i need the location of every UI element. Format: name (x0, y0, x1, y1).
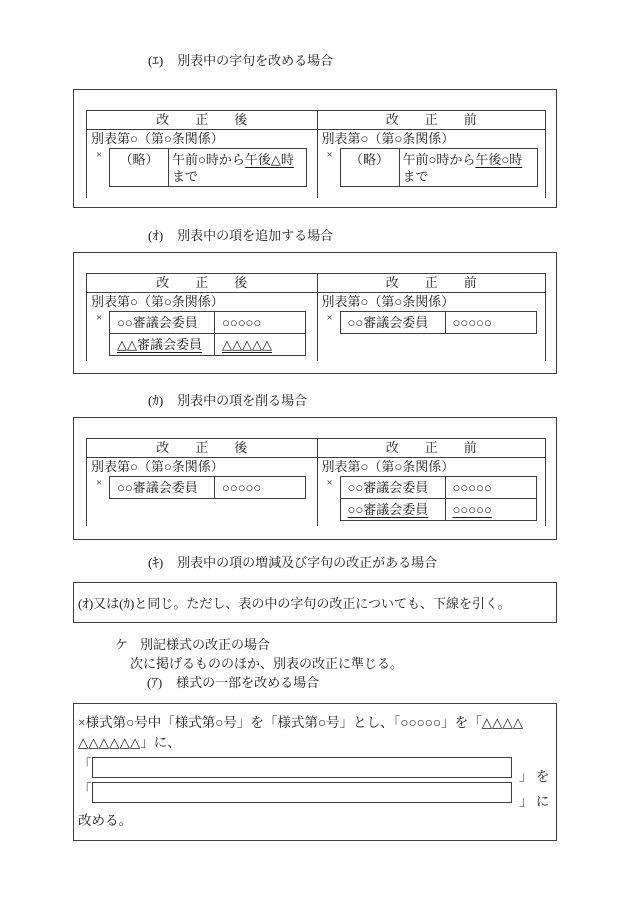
comparison-body: 別表第○（第○条関係） × ○○審議会委員 ○○○○○ 別表第○（第○条関係） … (86, 458, 546, 526)
heading-form-amendment: ケ 別記様式の改正の場合 (115, 636, 270, 653)
form-amendment-subtitle: 次に掲げるもののほか、別表の改正に準じる。 (130, 655, 403, 672)
cell-member: ○○審議会委員 (341, 312, 445, 333)
cell-name-underlined: △△△△△ (222, 337, 272, 352)
appendix-table: ○○審議会委員 ○○○○○ (109, 476, 306, 499)
note-mark: × (327, 312, 340, 324)
example-box-add-item: 改 正 後 改 正 前 別表第○（第○条関係） × ○○審議会委員 ○○○○○ … (73, 252, 557, 374)
note-row: × （略） 午前○時から午後○時 まで (327, 148, 546, 187)
note-text: (ｵ)又は(ｶ)と同じ。ただし、表の中の字句の改正についても、下線を引く。 (78, 593, 511, 612)
form-placeholder-old (92, 757, 512, 778)
cell-member: ○○審議会委員 (341, 477, 445, 498)
comparison-table: 改 正 後 改 正 前 別表第○（第○条関係） × ○○審議会委員 ○○○○○ (86, 438, 546, 526)
appendix-caption: 別表第○（第○条関係） (91, 458, 317, 476)
before-column: 別表第○（第○条関係） × ○○審議会委員 ○○○○○ ○○審議会委員 ○○○○… (317, 458, 546, 526)
after-column: 別表第○（第○条関係） × ○○審議会委員 ○○○○○ △△審議会委員 △△△△… (87, 293, 317, 361)
heading-amend-words: (ｴ) 別表中の字句を改める場合 (148, 52, 333, 69)
form-amend-line-1: ×様式第○号中「様式第○号」を「様式第○号」とし、「○○○○○」を「△△△△ (78, 713, 552, 733)
cell-ryaku: （略） (341, 149, 399, 186)
hours-text: 午前○時から (172, 152, 245, 167)
heading-title: 別表中の字句を改める場合 (177, 52, 333, 69)
comparison-header: 改 正 後 改 正 前 (86, 273, 546, 293)
note-mark: × (96, 149, 109, 161)
table-row: ○○審議会委員 ○○○○○ (341, 312, 536, 333)
appendix-table: ○○審議会委員 ○○○○○ (340, 311, 537, 334)
appendix-caption: 別表第○（第○条関係） (322, 293, 546, 311)
cell-hours: 午前○時から午後○時 まで (399, 149, 537, 186)
heading-marker: (ｵ) (148, 227, 163, 244)
comparison-header: 改 正 後 改 正 前 (86, 110, 546, 130)
heading-title: 別表中の項の増減及び字句の改正がある場合 (177, 554, 437, 571)
example-box-amend-form: ×様式第○号中「様式第○号」を「様式第○号」とし、「○○○○○」を「△△△△ △… (73, 703, 557, 841)
quoted-form-new: 「 」 に (78, 782, 552, 803)
open-quote: 「 (78, 782, 92, 797)
appendix-caption: 別表第○（第○条関係） (322, 130, 546, 148)
heading-marker: ケ (115, 636, 128, 653)
col-header-before: 改 正 前 (317, 439, 546, 457)
document-page: { "sections": { "s1": { "marker": "(ｴ)",… (0, 0, 630, 903)
comparison-table: 改 正 後 改 正 前 別表第○（第○条関係） × ○○審議会委員 ○○○○○ … (86, 273, 546, 361)
heading-marker: (ｱ) (147, 674, 162, 691)
heading-add-item: (ｵ) 別表中の項を追加する場合 (148, 227, 333, 244)
cell-member-underlined: △△審議会委員 (117, 337, 202, 352)
comparison-body: 別表第○（第○条関係） × （略） 午前○時から午後△時 まで (86, 130, 546, 198)
heading-title: 様式の一部を改める場合 (176, 674, 319, 691)
after-column: 別表第○（第○条関係） × （略） 午前○時から午後△時 まで (87, 130, 317, 198)
form-placeholder-new (92, 782, 512, 803)
appendix-table: ○○審議会委員 ○○○○○ △△審議会委員 △△△△△ (109, 311, 306, 356)
note-mark: × (327, 477, 340, 489)
heading-delete-item: (ｶ) 別表中の項を削る場合 (148, 392, 307, 409)
cell-name: ○○○○○ (214, 477, 305, 498)
note-row: × ○○審議会委員 ○○○○○ △△審議会委員 △△△△△ (96, 311, 317, 356)
comparison-header: 改 正 後 改 正 前 (86, 438, 546, 458)
table-row-added: △△審議会委員 △△△△△ (110, 333, 305, 355)
col-header-before: 改 正 前 (317, 111, 546, 129)
note-mark: × (96, 312, 109, 324)
table-row: ○○審議会委員 ○○○○○ (110, 312, 305, 333)
appendix-caption: 別表第○（第○条関係） (91, 293, 317, 311)
heading-title: 別表中の項を追加する場合 (177, 227, 333, 244)
heading-marker: (ｷ) (148, 554, 163, 571)
table-row: （略） 午前○時から午後○時 まで (341, 149, 537, 186)
hours-text-2: まで (403, 168, 534, 185)
note-mark: × (327, 149, 340, 161)
before-column: 別表第○（第○条関係） × （略） 午前○時から午後○時 まで (317, 130, 546, 198)
cell-name: ○○○○○ (214, 312, 305, 333)
table-row: ○○審議会委員 ○○○○○ (110, 477, 305, 498)
cell-name-underlined: ○○○○○ (453, 502, 492, 517)
col-header-after: 改 正 後 (87, 439, 317, 457)
cell-member: ○○審議会委員 (110, 312, 214, 333)
quoted-form-old: 「 」 を (78, 757, 552, 778)
before-column: 別表第○（第○条関係） × ○○審議会委員 ○○○○○ (317, 293, 546, 361)
after-column: 別表第○（第○条関係） × ○○審議会委員 ○○○○○ (87, 458, 317, 526)
comparison-table: 改 正 後 改 正 前 別表第○（第○条関係） × （略） 午前○時から午後△時… (86, 110, 546, 198)
appendix-table: （略） 午前○時から午後○時 まで (340, 148, 538, 187)
example-box-delete-item: 改 正 後 改 正 前 別表第○（第○条関係） × ○○審議会委員 ○○○○○ (73, 417, 557, 540)
heading-amend-part-of-form: (ｱ) 様式の一部を改める場合 (147, 674, 319, 691)
close-quote-ni: 」 に (519, 790, 549, 810)
cell-member-underlined: ○○審議会委員 (348, 502, 429, 517)
heading-title: 別記様式の改正の場合 (140, 636, 270, 653)
note-row: × （略） 午前○時から午後△時 まで (96, 148, 317, 187)
form-amend-line-2: △△△△△△」に、 (78, 733, 552, 753)
col-header-after: 改 正 後 (87, 111, 317, 129)
col-header-before: 改 正 前 (317, 274, 546, 292)
appendix-caption: 別表第○（第○条関係） (91, 130, 317, 148)
hours-text: 午前○時から (403, 152, 476, 167)
hours-underlined: 午後○時 (475, 152, 522, 167)
note-row: × ○○審議会委員 ○○○○○ ○○審議会委員 ○○○○○ (327, 476, 546, 521)
hours-text-2: まで (172, 168, 303, 185)
note-row: × ○○審議会委員 ○○○○○ (327, 311, 546, 334)
hours-underlined: 午後△時 (245, 152, 294, 167)
appendix-caption: 別表第○（第○条関係） (322, 458, 546, 476)
cell-hours: 午前○時から午後△時 まで (168, 149, 306, 186)
example-box-amend-words: 改 正 後 改 正 前 別表第○（第○条関係） × （略） 午前○時から午後△時… (73, 89, 557, 208)
heading-marker: (ｶ) (148, 392, 163, 409)
comparison-body: 別表第○（第○条関係） × ○○審議会委員 ○○○○○ △△審議会委員 △△△△… (86, 293, 546, 361)
table-row: ○○審議会委員 ○○○○○ (341, 477, 536, 498)
table-row-deleted: ○○審議会委員 ○○○○○ (341, 498, 536, 520)
cell-name: ○○○○○ (445, 477, 536, 498)
heading-marker: (ｴ) (148, 52, 163, 69)
cell-name: ○○○○○ (445, 312, 536, 333)
col-header-after: 改 正 後 (87, 274, 317, 292)
appendix-table: （略） 午前○時から午後△時 まで (109, 148, 307, 187)
open-quote: 「 (78, 757, 92, 772)
appendix-table: ○○審議会委員 ○○○○○ ○○審議会委員 ○○○○○ (340, 476, 537, 521)
close-quote-wo: 」 を (519, 765, 549, 785)
note-row: × ○○審議会委員 ○○○○○ (96, 476, 317, 499)
note-mark: × (96, 477, 109, 489)
note-box-mixed-amendment: (ｵ)又は(ｶ)と同じ。ただし、表の中の字句の改正についても、下線を引く。 (73, 582, 557, 623)
table-row: （略） 午前○時から午後△時 まで (110, 149, 306, 186)
heading-mixed-amendment: (ｷ) 別表中の項の増減及び字句の改正がある場合 (148, 554, 437, 571)
cell-ryaku: （略） (110, 149, 168, 186)
form-amend-closing: 改める。 (78, 812, 552, 830)
cell-member: ○○審議会委員 (110, 477, 214, 498)
heading-title: 別表中の項を削る場合 (177, 392, 307, 409)
